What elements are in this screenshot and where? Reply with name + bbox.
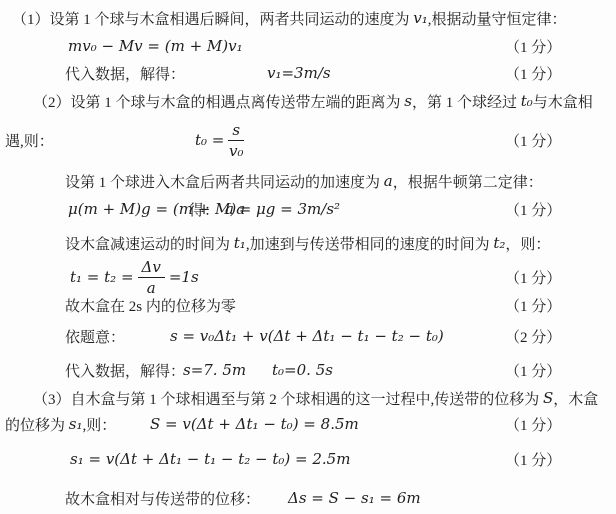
belt-displacement-line: 的位移为 s₁,则： S = v(Δt + Δt₁ − t₀) = 8.5m （… <box>0 414 616 434</box>
equation-lhs: t₀ = <box>195 131 224 149</box>
fraction: Δva <box>138 258 165 297</box>
score-badge: （2 分） <box>505 326 561 346</box>
momentum-equation-line: mv₀ − Mv = (m + M)v₁ （1 分） <box>0 36 616 56</box>
time-intro: 设木盒减速运动的时间为 t₁,加速到与传送带相同的速度的时间为 t₂，则： <box>65 233 550 253</box>
fraction-numerator: s <box>228 121 244 141</box>
equation-lhs: t₁ = t₂ = <box>70 268 134 286</box>
var-v1: v₁ <box>413 9 428 27</box>
intro-tail: ，则： <box>505 233 550 254</box>
label-text: 得： <box>189 199 219 220</box>
v1-result: v₁=3m/s <box>267 63 331 83</box>
belt-displacement-equation: S = v(Δt + Δt₁ − t₀) = 8.5m <box>150 414 359 434</box>
equation-rhs: =1s <box>169 268 199 286</box>
substitute-label: 代入数据，解得： <box>65 360 185 380</box>
t1-t2-equation: t₁ = t₂ =Δva=1s <box>70 254 199 300</box>
equation-text: Δs = S − s₁ = 6m <box>288 489 421 507</box>
fraction-numerator: Δv <box>138 258 165 278</box>
step2-intro: （2）设第 1 个球与木盒的相遇点离传送带左端的距离为 s，第 1 个球经过 t… <box>33 91 593 111</box>
step2-intro-tail: 与木盒相 <box>533 91 593 112</box>
var-s1: s₁ <box>69 415 83 433</box>
score-badge: （1 分） <box>505 63 561 83</box>
result-text: t₀=0. 5s <box>272 361 333 379</box>
step2-intro-mid: ，第 1 个球经过 <box>412 91 521 112</box>
t0-equation-line: 遇,则： t₀ =sv₀ （1 分） <box>0 117 616 163</box>
intro-text: 设木盒减速运动的时间为 <box>65 233 234 254</box>
distance-equation: s = v₀Δt₁ + v(Δt + Δt₁ − t₁ − t₂ − t₀) <box>170 326 444 346</box>
label-head: 的位移为 <box>5 414 69 435</box>
then-label: 遇,则： <box>5 117 54 163</box>
solve-s-t0-line: 代入数据，解得： s=7. 5m t₀=0. 5s （1 分） <box>0 360 616 380</box>
t0-equation: t₀ =sv₀ <box>195 117 248 163</box>
label-text: 故木盒相对与传送带的位移： <box>65 488 260 509</box>
zero-displacement-text: 故木盒在 2s 内的位移为零 <box>65 295 236 315</box>
acceleration-intro: 设第 1 个球进入木盒后两者共同运动的加速度为 a，根据牛顿第二定律： <box>65 171 543 191</box>
score-badge: （1 分） <box>505 295 561 315</box>
fraction-denominator: v₀ <box>229 141 244 160</box>
step1-intro-text: （1）设第 1 个球与木盒相遇后瞬间，两者共同运动的速度为 <box>12 8 413 29</box>
step3-intro: （3）自木盒与第 1 个球相遇至与第 2 个球相遇的这一过程中,传送带的位移为 … <box>33 388 598 408</box>
step2-intro-text: （2）设第 1 个球与木盒的相遇点离传送带左端的距离为 <box>33 91 404 112</box>
step3-intro-text: （3）自木盒与第 1 个球相遇至与第 2 个球相遇的这一过程中,传送带的位移为 <box>33 388 543 409</box>
s-result: s=7. 5m <box>183 360 246 380</box>
step1-intro-tail: ,根据动量守恒定律： <box>428 8 567 29</box>
statement-text: 故木盒在 2s 内的位移为零 <box>65 295 236 316</box>
acceleration-intro-line: 设第 1 个球进入木盒后两者共同运动的加速度为 a，根据牛顿第二定律： <box>0 171 616 191</box>
step3-intro-line: （3）自木盒与第 1 个球相遇至与第 2 个球相遇的这一过程中,传送带的位移为 … <box>0 388 616 408</box>
newton-equation-line: μ(m + M)g = (m + M)a 得： a = μg = 3m/s² （… <box>0 199 616 219</box>
score-badge: （1 分） <box>505 117 561 163</box>
label-text: 依题意： <box>65 326 125 347</box>
var-s: s <box>404 92 412 110</box>
equation-text: mv₀ − Mv = (m + M)v₁ <box>68 37 243 55</box>
score-badge: （1 分） <box>505 449 561 469</box>
result-text: v₁=3m/s <box>267 64 331 82</box>
physics-solution-document: （1）设第 1 个球与木盒相遇后瞬间，两者共同运动的速度为 v₁,根据动量守恒定… <box>0 0 616 514</box>
var-t1: t₁ <box>234 234 246 252</box>
yields-label: 得： <box>189 199 219 219</box>
step1-intro: （1）设第 1 个球与木盒相遇后瞬间，两者共同运动的速度为 v₁,根据动量守恒定… <box>12 8 567 28</box>
score-badge: （1 分） <box>505 254 561 300</box>
equation-text: S = v(Δt + Δt₁ − t₀) = 8.5m <box>150 415 359 433</box>
relative-displacement-equation: Δs = S − s₁ = 6m <box>288 488 421 508</box>
score-badge: （1 分） <box>505 199 561 219</box>
result-text: a = μg = 3m/s² <box>225 200 340 218</box>
solve-v1-line: 代入数据，解得： v₁=3m/s （1 分） <box>0 63 616 83</box>
acceleration-result: a = μg = 3m/s² <box>225 199 340 219</box>
intro-text: 设第 1 个球进入木盒后两者共同运动的加速度为 <box>65 171 384 192</box>
result-text: s=7. 5m <box>183 361 246 379</box>
step1-intro-line: （1）设第 1 个球与木盒相遇后瞬间，两者共同运动的速度为 v₁,根据动量守恒定… <box>0 8 616 28</box>
var-t2: t₂ <box>493 234 505 252</box>
conclusion-label: 故木盒相对与传送带的位移： <box>65 488 260 508</box>
var-S: S <box>543 389 553 407</box>
displacement-label: 的位移为 s₁,则： <box>5 414 116 434</box>
by-problem-label: 依题意： <box>65 326 125 346</box>
relative-displacement-line: 故木盒相对与传送带的位移： Δs = S − s₁ = 6m <box>0 488 616 508</box>
label-text: 代入数据，解得： <box>65 63 185 84</box>
label-text: 遇,则： <box>5 130 54 151</box>
distance-equation-line: 依题意： s = v₀Δt₁ + v(Δt + Δt₁ − t₁ − t₂ − … <box>0 326 616 346</box>
label-tail: ,则： <box>82 414 116 435</box>
label-text: 代入数据，解得： <box>65 360 185 381</box>
time-intro-line: 设木盒减速运动的时间为 t₁,加速到与传送带相同的速度的时间为 t₂，则： <box>0 233 616 253</box>
t0-result: t₀=0. 5s <box>272 360 333 380</box>
step3-intro-tail: ，木盒 <box>553 388 598 409</box>
t1-t2-equation-line: t₁ = t₂ =Δva=1s （1 分） <box>0 254 616 300</box>
equation-text: s = v₀Δt₁ + v(Δt + Δt₁ − t₁ − t₂ − t₀) <box>170 327 444 345</box>
score-badge: （1 分） <box>505 36 561 56</box>
step2-intro-line: （2）设第 1 个球与木盒的相遇点离传送带左端的距离为 s，第 1 个球经过 t… <box>0 91 616 111</box>
var-t0: t₀ <box>521 92 533 110</box>
fraction: sv₀ <box>228 121 244 160</box>
zero-displacement-line: 故木盒在 2s 内的位移为零 （1 分） <box>0 295 616 315</box>
box-displacement-equation: s₁ = v(Δt + Δt₁ − t₁ − t₂ − t₀) = 2.5m <box>70 449 350 469</box>
intro-tail: ，根据牛顿第二定律： <box>393 171 543 192</box>
momentum-equation: mv₀ − Mv = (m + M)v₁ <box>68 36 243 56</box>
intro-mid: ,加速到与传送带相同的速度的时间为 <box>246 233 494 254</box>
box-displacement-line: s₁ = v(Δt + Δt₁ − t₁ − t₂ − t₀) = 2.5m （… <box>0 449 616 469</box>
substitute-label: 代入数据，解得： <box>65 63 185 83</box>
score-badge: （1 分） <box>505 414 561 434</box>
score-badge: （1 分） <box>505 360 561 380</box>
var-a: a <box>384 172 393 190</box>
equation-text: s₁ = v(Δt + Δt₁ − t₁ − t₂ − t₀) = 2.5m <box>70 450 350 468</box>
